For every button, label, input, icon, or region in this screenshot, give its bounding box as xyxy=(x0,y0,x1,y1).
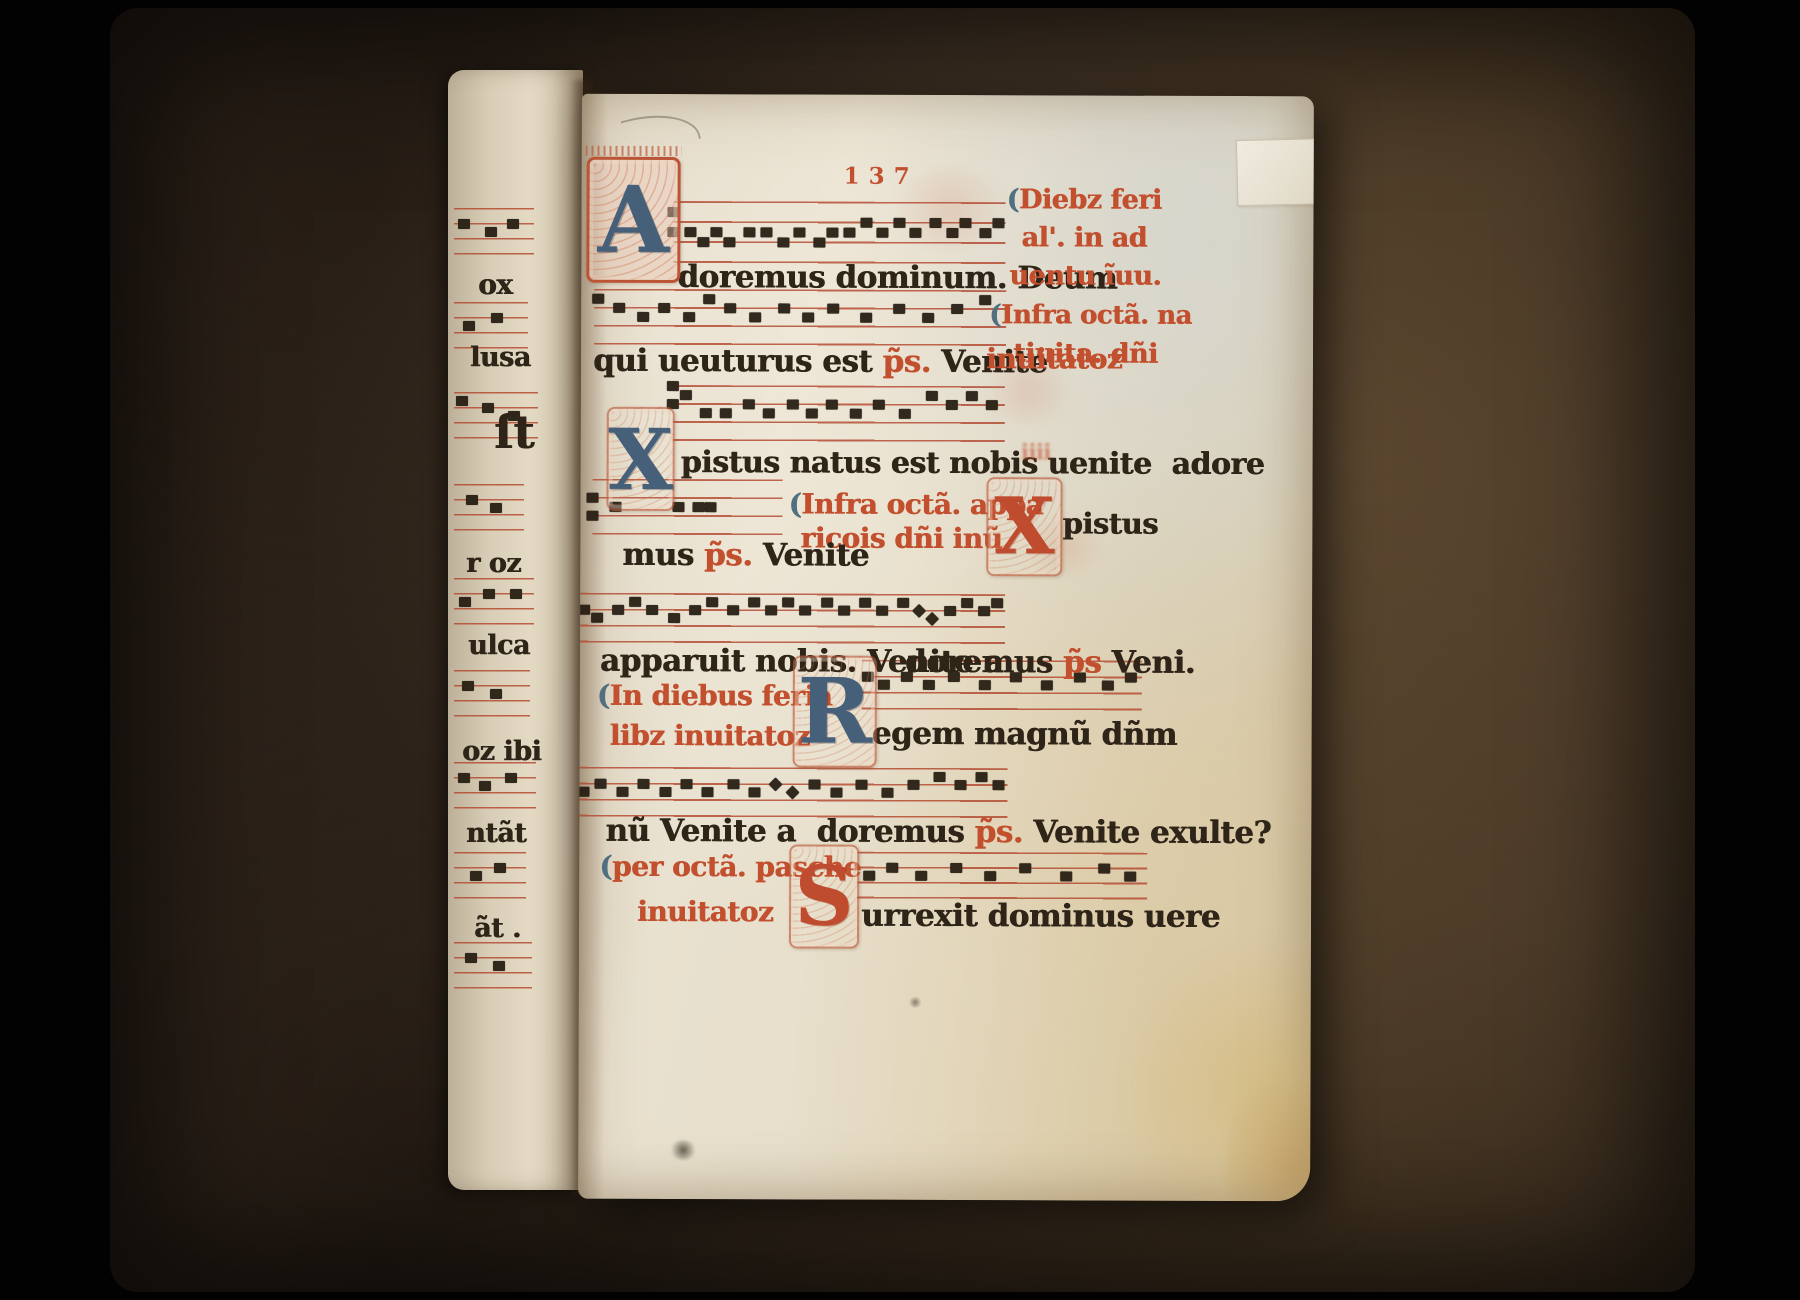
neume xyxy=(711,227,723,237)
neume xyxy=(863,870,875,880)
text-line: pistus natus est nobis uenite adore xyxy=(681,447,1265,481)
neume xyxy=(658,303,670,313)
neume xyxy=(838,606,850,616)
neume xyxy=(873,400,885,410)
initial-X-blue: X xyxy=(606,407,674,511)
neume xyxy=(1019,863,1031,873)
text-fragment: ntãt xyxy=(466,820,526,848)
text-line: iiii xyxy=(1021,441,1051,463)
neume xyxy=(950,863,962,873)
neume xyxy=(806,409,818,419)
neume xyxy=(697,237,709,247)
neume xyxy=(856,780,868,790)
text-span: Venite exulte? xyxy=(1023,814,1271,851)
initial-X-red: X xyxy=(986,477,1062,576)
neume xyxy=(993,780,1005,790)
neume xyxy=(986,400,998,410)
neume xyxy=(749,312,761,322)
music-stave xyxy=(454,762,536,809)
text-span: ſt xyxy=(494,405,534,459)
repair-patch xyxy=(1236,138,1314,206)
text-span: qui ueuturus est xyxy=(593,343,882,380)
neume xyxy=(809,780,821,790)
neume xyxy=(912,604,926,618)
neume xyxy=(786,399,798,409)
neume xyxy=(485,227,497,237)
text-span: iiii xyxy=(1021,439,1051,464)
neume xyxy=(482,403,494,413)
neume xyxy=(785,785,799,799)
neume xyxy=(490,503,502,513)
neume xyxy=(659,787,671,797)
folio-number: 137 xyxy=(844,163,919,190)
text-span: p̃s. xyxy=(882,344,931,380)
neume xyxy=(910,228,922,238)
music-stave xyxy=(594,289,1006,346)
neume xyxy=(592,294,604,304)
neume xyxy=(490,689,502,699)
text-span: Infra octã. na xyxy=(1001,300,1192,331)
stain xyxy=(670,1140,696,1160)
neume xyxy=(821,598,833,608)
neume xyxy=(849,409,861,419)
neume xyxy=(510,589,522,599)
neume xyxy=(922,313,934,323)
neume xyxy=(893,304,905,314)
music-stave xyxy=(454,578,534,625)
neume xyxy=(629,597,641,607)
text-line: mus p̃s. Venite xyxy=(622,539,869,572)
neume xyxy=(704,502,716,512)
neume xyxy=(1102,681,1114,691)
text-span: mus xyxy=(622,537,704,573)
neume xyxy=(907,780,919,790)
neume xyxy=(638,312,650,322)
neume xyxy=(456,396,468,406)
neume xyxy=(778,303,790,313)
text-line: qui ueuturus est p̃s. Venite xyxy=(593,345,1047,379)
text-fragment: ox xyxy=(478,270,512,299)
text-fragment: ãt . xyxy=(474,915,521,943)
neume xyxy=(505,773,517,783)
initial-R: R xyxy=(793,655,877,767)
text-span: ãt . xyxy=(474,913,521,944)
text-span: Veni. xyxy=(1101,645,1195,681)
neume xyxy=(925,612,939,626)
neume xyxy=(465,953,477,963)
text-span: nũ Venite a doremus xyxy=(605,813,974,850)
neume xyxy=(760,227,772,237)
text-line: urrexit dominus uere xyxy=(861,900,1220,934)
music-stave xyxy=(454,208,534,255)
text-span: al'. in ad xyxy=(1021,222,1147,253)
neume xyxy=(704,294,716,304)
text-line: doremus p̃s Veni. xyxy=(905,646,1195,680)
text-span: p̃s. xyxy=(974,814,1023,850)
text-line: inuitatoz xyxy=(637,897,773,927)
neume xyxy=(954,780,966,790)
initial-A: A xyxy=(586,157,680,283)
text-fragment: ulca xyxy=(468,632,530,660)
text-span: p̃s. xyxy=(704,537,753,573)
neume xyxy=(700,408,712,418)
neume xyxy=(877,228,889,238)
neume xyxy=(1060,871,1072,881)
stain xyxy=(909,997,922,1008)
music-stave xyxy=(454,484,524,531)
neume xyxy=(979,680,991,690)
neume xyxy=(765,605,777,615)
neume xyxy=(693,502,705,512)
neume xyxy=(728,779,740,789)
neume xyxy=(578,787,590,797)
text-span: lusa xyxy=(470,342,531,373)
text-span: ( xyxy=(788,487,801,520)
music-stave xyxy=(454,670,530,717)
text-span: inuitatoz xyxy=(637,895,773,928)
neume xyxy=(897,598,909,608)
neume xyxy=(827,304,839,314)
text-span: ox xyxy=(478,268,512,301)
text-span: pistus natus est nobis uenite adore xyxy=(681,445,1265,482)
neume xyxy=(915,870,927,880)
neume xyxy=(459,597,471,607)
neume xyxy=(689,605,701,615)
neume xyxy=(799,605,811,615)
neume xyxy=(946,400,958,410)
neume xyxy=(493,961,505,971)
text-span: ( xyxy=(597,679,610,712)
text-span: oz ibi xyxy=(462,736,541,767)
neume xyxy=(724,237,736,247)
neume xyxy=(1098,864,1110,874)
neume xyxy=(978,606,990,616)
text-line: al'. in ad xyxy=(1021,224,1147,253)
neume xyxy=(923,680,935,690)
neume xyxy=(860,313,872,323)
neume xyxy=(830,788,842,798)
neume xyxy=(1124,871,1136,881)
neume xyxy=(961,598,973,608)
music-stave xyxy=(454,942,532,989)
neume xyxy=(827,228,839,238)
text-span: urrexit dominus uere xyxy=(861,898,1220,935)
text-span: inuitatoz xyxy=(986,342,1122,375)
neume xyxy=(886,863,898,873)
text-line: pistus xyxy=(1062,508,1158,539)
neume xyxy=(479,781,491,791)
text-line: (Diebz feri xyxy=(1007,186,1162,215)
neume xyxy=(470,871,482,881)
neume xyxy=(782,597,794,607)
neume xyxy=(951,304,963,314)
neume xyxy=(794,227,806,237)
neume xyxy=(930,218,942,228)
music-stave xyxy=(673,201,1005,264)
facing-page-edge: oxlusaſtr ozulcaoz ibintãtãt . xyxy=(448,70,583,1190)
neume xyxy=(843,228,855,238)
neume xyxy=(882,788,894,798)
neume xyxy=(595,779,607,789)
neume xyxy=(458,773,470,783)
neume xyxy=(1041,680,1053,690)
text-span: Diebz feri xyxy=(1019,184,1162,215)
neume xyxy=(944,606,956,616)
neume xyxy=(748,597,760,607)
main-page: 137 doremus dominum. Deum(Diebz ferial'.… xyxy=(578,94,1314,1202)
neume xyxy=(933,772,945,782)
neume xyxy=(724,303,736,313)
neume xyxy=(586,511,598,521)
neume xyxy=(826,400,838,410)
text-span: p̃s xyxy=(1063,644,1101,680)
neume xyxy=(993,218,1005,228)
neume xyxy=(684,227,696,237)
neume xyxy=(483,589,495,599)
neume xyxy=(813,238,825,248)
neume xyxy=(646,605,658,615)
pen-flourish xyxy=(586,146,682,156)
neume xyxy=(612,605,624,615)
neume xyxy=(744,227,756,237)
text-line: libz inuitatoz xyxy=(610,721,810,751)
text-fragment: lusa xyxy=(470,344,531,372)
neume xyxy=(985,871,997,881)
initial-S: S xyxy=(789,844,859,948)
neume xyxy=(668,613,680,623)
text-span: ( xyxy=(599,850,612,883)
neume xyxy=(494,863,506,873)
music-stave xyxy=(454,852,526,899)
text-span: ulca xyxy=(468,630,530,661)
text-line: egem magnũ dñm xyxy=(872,718,1177,752)
neume xyxy=(976,772,988,782)
text-fragment: ſt xyxy=(494,408,534,456)
stain xyxy=(1118,936,1314,1202)
neume xyxy=(462,681,474,691)
music-stave xyxy=(673,385,1005,442)
neume xyxy=(893,218,905,228)
neume xyxy=(960,218,972,228)
neume xyxy=(616,787,628,797)
neume xyxy=(777,237,789,247)
neume xyxy=(926,391,938,401)
music-stave xyxy=(579,767,1007,818)
text-span: doremus xyxy=(905,644,1063,681)
neume xyxy=(702,787,714,797)
text-span: ( xyxy=(989,300,1001,330)
neume xyxy=(720,408,732,418)
neume xyxy=(876,606,888,616)
neume xyxy=(749,787,761,797)
neume xyxy=(683,312,695,322)
neume xyxy=(587,493,599,503)
neume xyxy=(980,228,992,238)
neume xyxy=(966,391,978,401)
neume xyxy=(860,218,872,228)
neume xyxy=(507,219,519,229)
text-span: uentu ĩuu. xyxy=(1009,260,1161,292)
neume xyxy=(991,598,1003,608)
neume xyxy=(768,777,782,791)
text-line: nũ Venite a doremus p̃s. Venite exulte? xyxy=(605,815,1271,850)
neume xyxy=(463,321,475,331)
neume xyxy=(613,303,625,313)
neume xyxy=(899,409,911,419)
neume xyxy=(466,495,478,505)
text-span: libz inuitatoz xyxy=(610,719,810,753)
neume xyxy=(680,390,692,400)
neume xyxy=(802,312,814,322)
music-stave xyxy=(580,593,1005,644)
neume xyxy=(743,399,755,409)
text-fragment: r oz xyxy=(466,550,521,578)
neume xyxy=(491,313,503,323)
text-line: uentu ĩuu. xyxy=(1009,262,1161,291)
neume xyxy=(859,598,871,608)
text-line: inuitatoz xyxy=(986,344,1122,374)
text-span: egem magnũ dñm xyxy=(872,716,1177,753)
stain xyxy=(1226,1056,1314,1201)
text-fragment: oz ibi xyxy=(462,738,541,766)
neume xyxy=(578,605,590,615)
text-line: (Infra octã. na xyxy=(989,302,1192,330)
music-stave xyxy=(857,852,1147,900)
neume xyxy=(681,779,693,789)
neume xyxy=(638,779,650,789)
text-span: pistus xyxy=(1062,506,1158,540)
neume xyxy=(667,381,679,391)
neume xyxy=(878,680,890,690)
neume xyxy=(727,605,739,615)
neume xyxy=(591,613,603,623)
text-span: r oz xyxy=(466,548,521,579)
neume xyxy=(458,219,470,229)
text-span: ( xyxy=(1007,184,1019,215)
text-span: ntãt xyxy=(466,818,526,849)
manuscript-photo: oxlusaſtr ozulcaoz ibintãtãt . 137 dorem… xyxy=(0,0,1800,1300)
neume xyxy=(706,597,718,607)
neume xyxy=(946,228,958,238)
neume xyxy=(763,408,775,418)
text-span: Venite xyxy=(752,537,869,573)
